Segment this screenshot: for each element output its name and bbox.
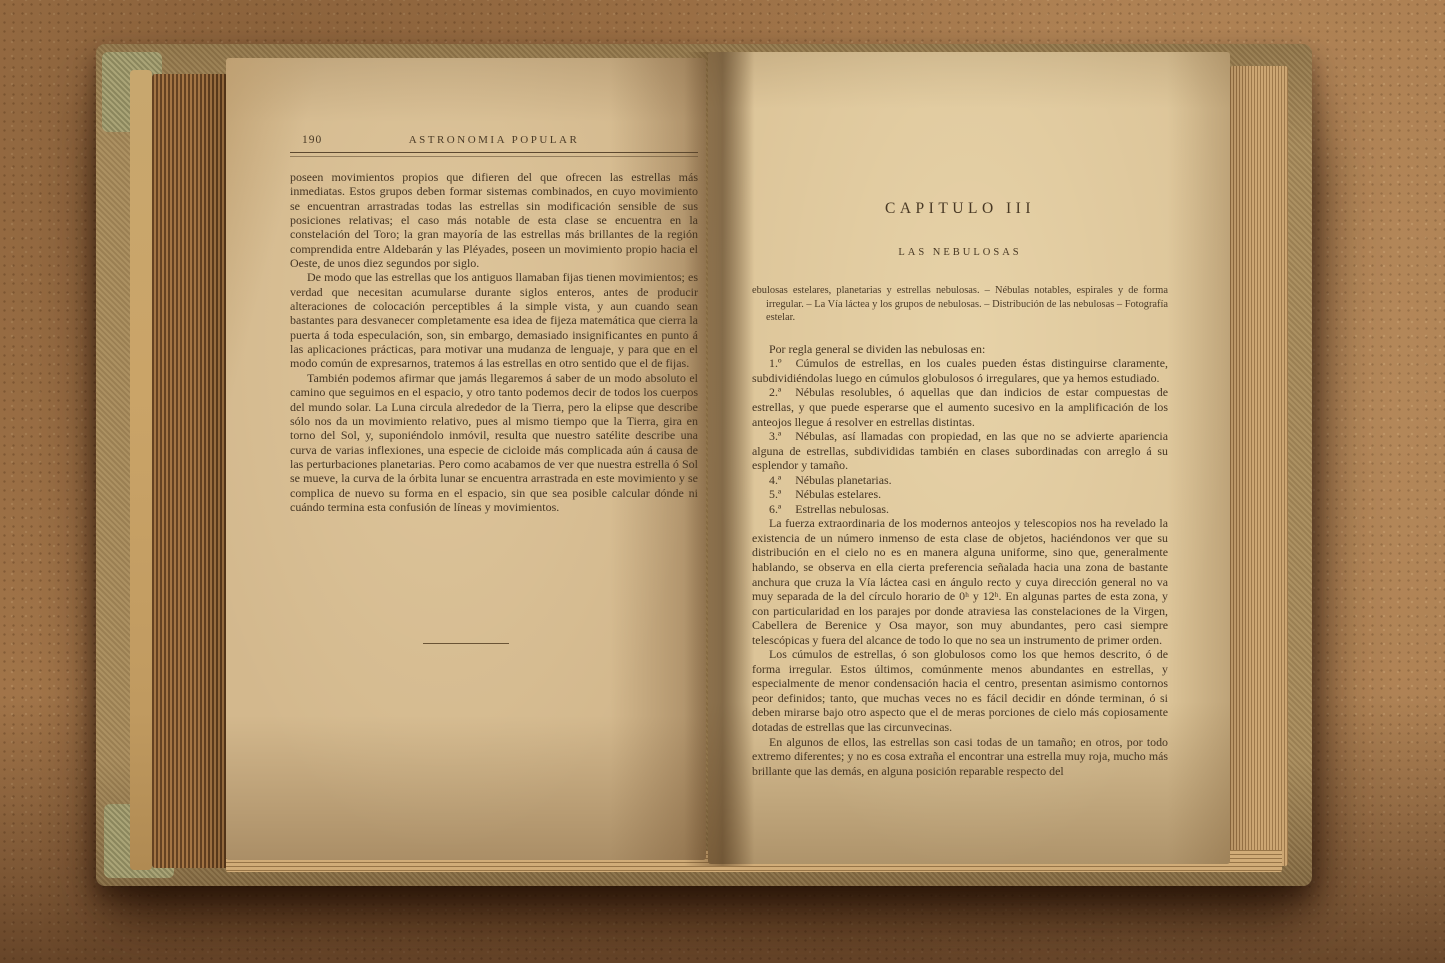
paragraph: En algunos de ellos, las estrellas son c… xyxy=(752,735,1168,779)
worn-page-edge-strip xyxy=(130,70,152,870)
list-item-number: 1.º xyxy=(769,356,782,370)
list-item-number: 6.ª xyxy=(769,502,781,516)
list-item-number: 4.ª xyxy=(769,473,781,487)
right-page: CAPITULO III LAS NEBULOSAS ebulosas este… xyxy=(708,52,1230,864)
list-item: 2.ªNébulas resolubles, ó aquellas que da… xyxy=(752,385,1168,429)
list-item-text: Cúmulos de estrellas, en los cuales pued… xyxy=(752,356,1168,385)
list-item-text: Nébulas planetarias. xyxy=(795,473,891,487)
list-item: 4.ªNébulas planetarias. xyxy=(752,473,1168,488)
paragraph: La fuerza extraordinaria de los modernos… xyxy=(752,516,1168,647)
left-page-header: 190 ASTRONOMIA POPULAR xyxy=(290,134,698,150)
list-item: 3.ªNébulas, así llamadas con propiedad, … xyxy=(752,429,1168,473)
list-item-text: Nébulas, así llamadas con propiedad, en … xyxy=(752,429,1168,472)
right-page-text-block: CAPITULO III LAS NEBULOSAS ebulosas este… xyxy=(752,200,1168,778)
list-item-number: 2.ª xyxy=(769,385,781,399)
list-item-number: 3.ª xyxy=(769,429,781,443)
paragraph: De modo que las estrellas que los antigu… xyxy=(290,270,698,370)
paragraph: Los cúmulos de estrellas, ó son globulos… xyxy=(752,647,1168,734)
list-item-number: 5.ª xyxy=(769,487,781,501)
right-page-stack-fore-edge xyxy=(1230,66,1288,866)
header-rule xyxy=(290,152,698,157)
list-item: 6.ªEstrellas nebulosas. xyxy=(752,502,1168,517)
left-page-body: poseen movimientos propios que difieren … xyxy=(290,170,698,514)
open-book: 190 ASTRONOMIA POPULAR poseen movimiento… xyxy=(96,44,1312,886)
running-title: ASTRONOMIA POPULAR xyxy=(290,134,698,146)
chapter-title: CAPITULO III xyxy=(752,200,1168,218)
paragraph: Por regla general se dividen las nebulos… xyxy=(752,342,1168,357)
section-divider-rule xyxy=(423,643,509,644)
paragraph: También podemos afirmar que jamás llegar… xyxy=(290,371,698,514)
list-item-text: Estrellas nebulosas. xyxy=(795,502,889,516)
left-page-stack-fore-edge xyxy=(152,74,228,868)
paragraph: poseen movimientos propios que difieren … xyxy=(290,170,698,270)
list-item-text: Nébulas estelares. xyxy=(795,487,881,501)
right-page-body: Por regla general se dividen las nebulos… xyxy=(752,342,1168,778)
chapter-summary: ebulosas estelares, planetarias y estrel… xyxy=(752,284,1168,325)
list-item-text: Nébulas resolubles, ó aquellas que dan i… xyxy=(752,385,1168,428)
list-item: 1.ºCúmulos de estrellas, en los cuales p… xyxy=(752,356,1168,385)
left-page: 190 ASTRONOMIA POPULAR poseen movimiento… xyxy=(226,58,706,860)
left-page-text-block: 190 ASTRONOMIA POPULAR poseen movimiento… xyxy=(290,134,698,514)
list-item: 5.ªNébulas estelares. xyxy=(752,487,1168,502)
section-title: LAS NEBULOSAS xyxy=(752,247,1168,258)
